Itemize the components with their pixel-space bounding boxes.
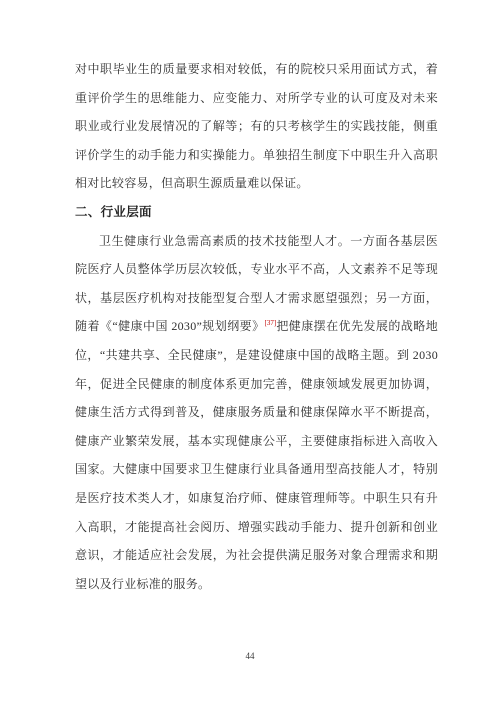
- paragraph-continuation: 对中职毕业生的质量要求相对较低，有的院校只采用面试方式，着重评价学生的思维能力、…: [75, 55, 438, 198]
- page-number: 44: [0, 650, 500, 662]
- document-page: 对中职毕业生的质量要求相对较低，有的院校只采用面试方式，着重评价学生的思维能力、…: [0, 0, 500, 707]
- page-body-text: 对中职毕业生的质量要求相对较低，有的院校只采用面试方式，着重评价学生的思维能力、…: [75, 55, 438, 598]
- section-heading-industry-level: 二、行业层面: [75, 198, 438, 227]
- citation-reference[interactable]: [37]: [265, 319, 277, 327]
- paragraph-text-after-citation: 把健康摆在优先发展的战略地位，“共建共享、全民健康”，是建设健康中国的战略主题。…: [75, 319, 438, 590]
- paragraph-industry: 卫生健康行业急需高素质的技术技能型人才。一方面各基层医院医疗人员整体学历层次较低…: [75, 227, 438, 599]
